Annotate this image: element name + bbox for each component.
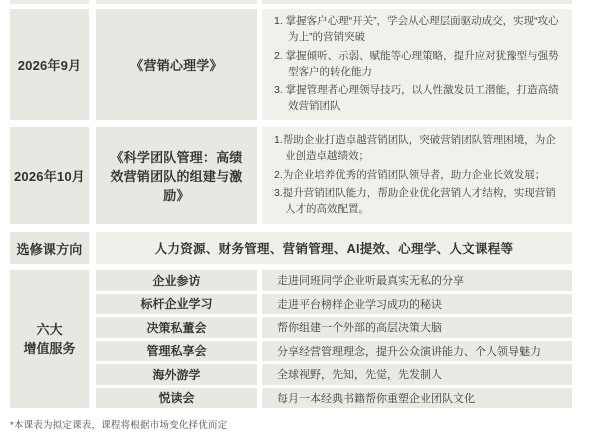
elective-label: 选修课方向 (10, 232, 89, 264)
course-point: 3. 掌握管理者心理领导技巧，以人性激发员工潜能，打造高绩效营销团队 (274, 83, 560, 115)
service-name: 决策私董会 (96, 317, 257, 338)
services-section: 六大 增值服务 企业参访 走进同班同学企业听最真实无私的分享 标杆企业学习 走进… (10, 270, 590, 408)
service-row: 标杆企业学习 走进平台榜样企业学习成功的秘诀 (89, 294, 590, 315)
service-name: 标杆企业学习 (96, 294, 257, 315)
course-row-september: 2026年9月 《营销心理学》 1. 掌握客户心理“开关”，学会从心理层面驱动成… (10, 9, 590, 120)
course-point: 1.帮助企业打造卓越营销团队，突破营销团队管理困境，为企业创造卓越绩效； (274, 133, 560, 165)
service-description: 走进平台榜样企业学习成功的秘诀 (262, 294, 572, 315)
service-row: 管理私享会 分享经营管理理念，提升公众演讲能力、个人领导魅力 (89, 341, 590, 362)
course-schedule-table: 2026年9月 《营销心理学》 1. 掌握客户心理“开关”，学会从心理层面驱动成… (0, 0, 590, 436)
course-points-cell: 1.帮助企业打造卓越营销团队，突破营销团队管理困境，为企业创造卓越绩效； 2.为… (262, 127, 572, 224)
service-name: 管理私享会 (96, 341, 257, 362)
service-description: 分享经营管理理念，提升公众演讲能力、个人领导魅力 (262, 341, 572, 362)
service-name: 悦读会 (96, 388, 257, 409)
services-label: 六大 增值服务 (10, 270, 89, 408)
truncated-cell (10, 0, 89, 4)
course-point: 1. 掌握客户心理“开关”，学会从心理层面驱动成交，实现“攻心为上”的营销突破 (274, 14, 560, 46)
course-points-cell: 1. 掌握客户心理“开关”，学会从心理层面驱动成交，实现“攻心为上”的营销突破 … (262, 9, 572, 120)
service-row: 海外游学 全球视野，先知，先觉，先发制人 (89, 364, 590, 385)
course-row-october: 2026年10月 《科学团队管理：高绩效营销团队的组建与激励》 1.帮助企业打造… (10, 127, 590, 224)
service-description: 帮你组建一个外部的高层决策大脑 (262, 317, 572, 338)
truncated-cell (262, 0, 572, 4)
service-description: 走进同班同学企业听最真实无私的分享 (262, 270, 572, 291)
course-point: 3.提升营销团队能力，帮助企业优化营销人才结构，实现营销人才的高效配置。 (274, 186, 560, 218)
service-name: 海外游学 (96, 364, 257, 385)
elective-row: 选修课方向 人力资源、财务管理、营销管理、AI提效、心理学、人文课程等 (10, 232, 590, 264)
service-name: 企业参访 (96, 270, 257, 291)
course-title: 《科学团队管理：高绩效营销团队的组建与激励》 (96, 127, 257, 224)
course-point: 2.为企业培养优秀的营销团队领导者，助力企业长效发展； (274, 168, 560, 184)
service-row: 悦读会 每月一本经典书籍帮你重塑企业团队文化 (89, 388, 590, 409)
elective-content: 人力资源、财务管理、营销管理、AI提效、心理学、人文课程等 (96, 232, 572, 264)
course-date: 2026年10月 (10, 127, 89, 224)
truncated-cell (96, 0, 257, 4)
service-row: 企业参访 走进同班同学企业听最真实无私的分享 (89, 270, 590, 291)
service-description: 每月一本经典书籍帮你重塑企业团队文化 (262, 388, 572, 409)
course-date: 2026年9月 (10, 9, 89, 120)
services-list: 企业参访 走进同班同学企业听最真实无私的分享 标杆企业学习 走进平台榜样企业学习… (89, 270, 590, 408)
service-row: 决策私董会 帮你组建一个外部的高层决策大脑 (89, 317, 590, 338)
service-description: 全球视野，先知，先觉，先发制人 (262, 364, 572, 385)
truncated-row (10, 0, 590, 4)
course-point: 2. 掌握倾听、示弱、赋能等心理策略，提升应对犹豫型与强势型客户的转化能力 (274, 49, 560, 81)
footnote: *本课表为拟定课表，课程将根据市场变化择优而定 (10, 417, 590, 431)
course-title: 《营销心理学》 (96, 9, 257, 120)
